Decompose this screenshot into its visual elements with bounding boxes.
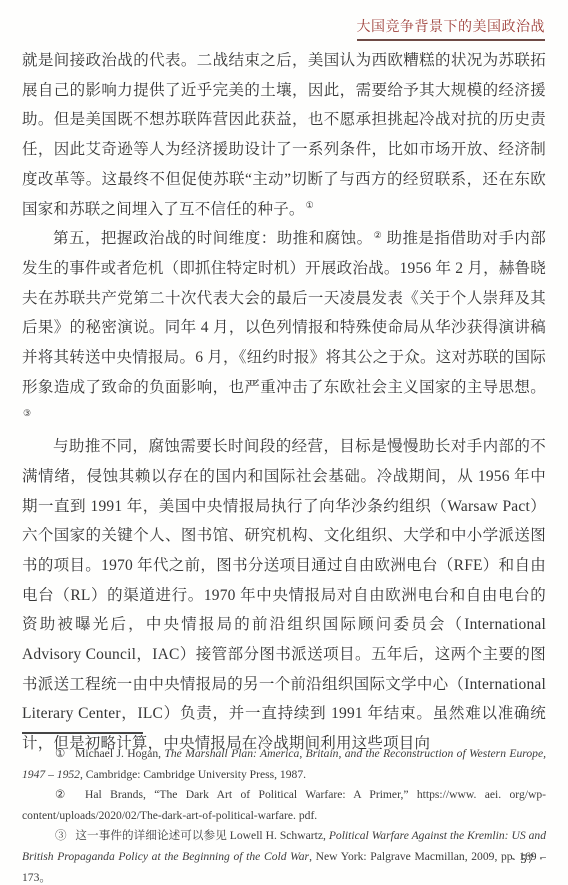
text-run: 第五，把握政治战的时间维度：助推和腐蚀。	[53, 230, 373, 247]
text-run: 就是间接政治战的代表。二战结束之后，美国认为西欧糟糕的状况为苏联拓展自己的影响力…	[22, 52, 546, 218]
page-number: · 57 ·	[511, 852, 544, 867]
body-paragraph: 与助推不同，腐蚀需要长时间段的经营，目标是慢慢助长对手内部的不满情绪，侵蚀其赖以…	[22, 432, 546, 759]
text-run: ③ 这一事件的详细论述可以参见 Lowell H. Schwartz,	[55, 829, 329, 842]
body-text: 就是间接政治战的代表。二战结束之后，美国认为西欧糟糕的状况为苏联拓展自己的影响力…	[22, 46, 546, 759]
text-run: ② Hal Brands, “The Dark Art of Political…	[22, 788, 546, 822]
footnote-ref-marker: ①	[306, 200, 314, 210]
running-head: 大国竞争背景下的美国政治战	[357, 16, 546, 41]
body-paragraph: 第五，把握政治战的时间维度：助推和腐蚀。② 助推是指借助对手内部发生的事件或者危…	[22, 224, 546, 432]
text-run: ① Michael J. Hogan,	[55, 747, 164, 760]
footnote-divider	[22, 732, 143, 734]
footnote-ref-marker: ③	[23, 408, 31, 418]
text-run: 与助推不同，腐蚀需要长时间段的经营，目标是慢慢助长对手内部的不满情绪，侵蚀其赖以…	[22, 438, 546, 752]
footnote: ② Hal Brands, “The Dark Art of Political…	[22, 785, 546, 826]
footnote: ③ 这一事件的详细论述可以参见 Lowell H. Schwartz, Poli…	[22, 826, 546, 885]
footnote-ref-marker: ②	[374, 230, 383, 240]
text-run: , Cambridge: Cambridge University Press,…	[80, 768, 306, 781]
footnotes: ① Michael J. Hogan, The Marshall Plan: A…	[22, 744, 546, 885]
footnote: ① Michael J. Hogan, The Marshall Plan: A…	[22, 744, 546, 785]
body-paragraph: 就是间接政治战的代表。二战结束之后，美国认为西欧糟糕的状况为苏联拓展自己的影响力…	[22, 46, 546, 224]
text-run: 助推是指借助对手内部发生的事件或者危机（即抓住特定时机）开展政治战。1956 年…	[22, 230, 546, 396]
